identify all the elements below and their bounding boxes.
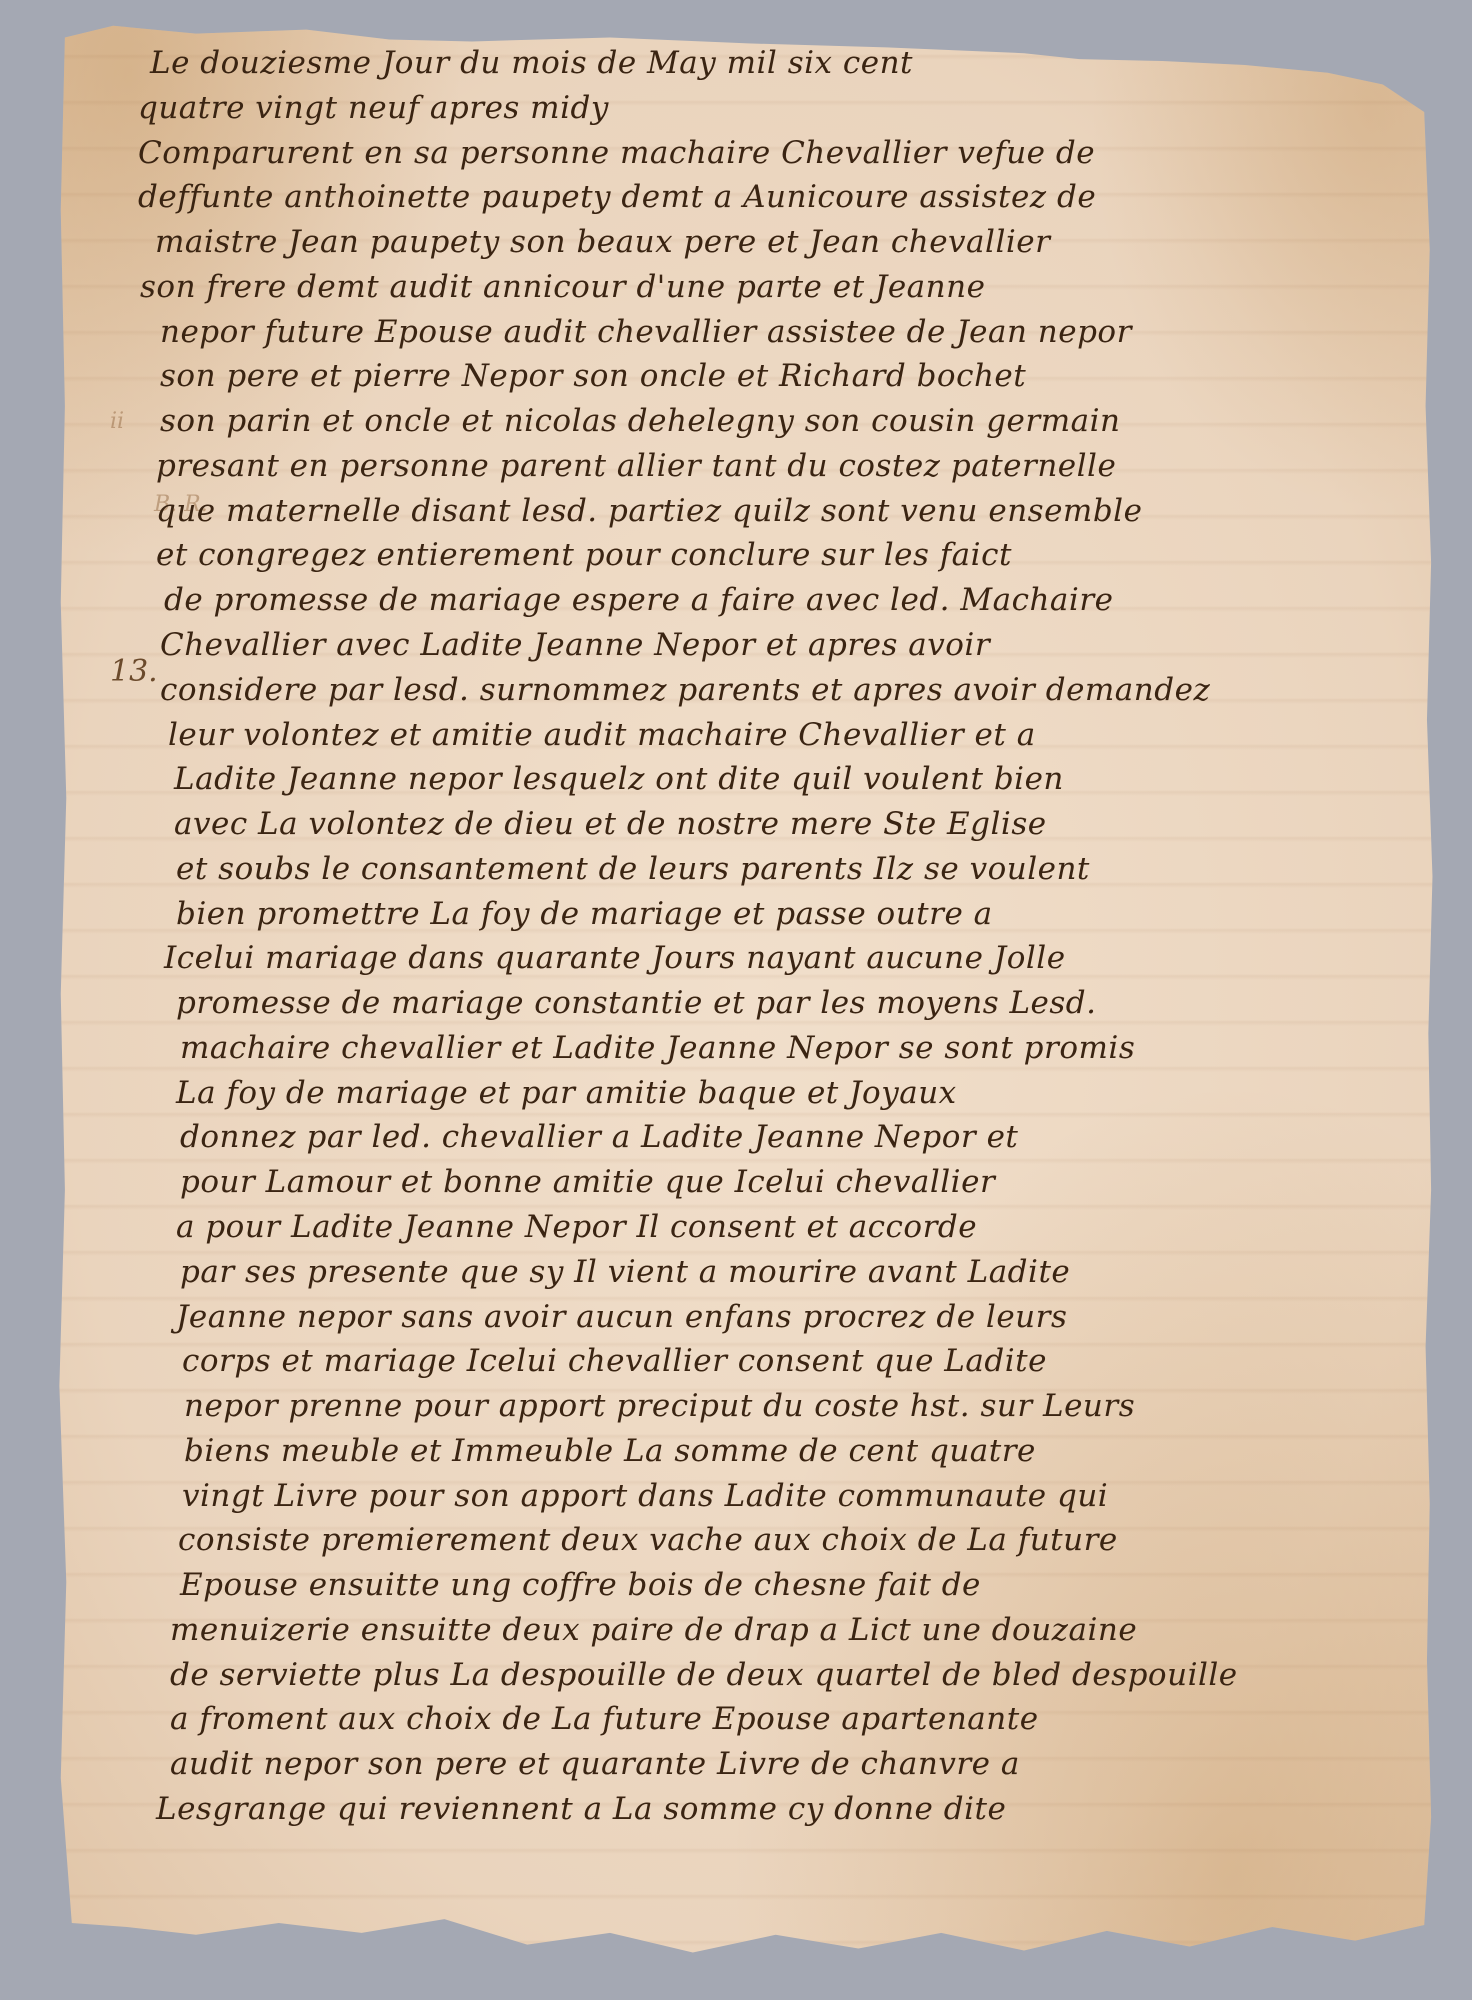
manuscript-line: Lesgrange qui reviennent a La somme cy d… [156, 1794, 1006, 1825]
manuscript-line: nepor prenne pour apport preciput du cos… [184, 1391, 1135, 1422]
manuscript-line: considere par lesd. surnommez parents et… [160, 675, 1210, 706]
margin-folio-number: 13. [110, 654, 158, 689]
manuscript-line: maistre Jean paupety son beaux pere et J… [155, 227, 1050, 258]
manuscript-line: biens meuble et Immeuble La somme de cen… [184, 1436, 1036, 1467]
manuscript-line: corps et mariage Icelui chevallier conse… [182, 1346, 1047, 1377]
manuscript-line: Chevallier avec Ladite Jeanne Nepor et a… [160, 630, 990, 661]
manuscript-line: leur volontez et amitie audit machaire C… [168, 720, 1036, 751]
manuscript-line: vingt Livre pour son apport dans Ladite … [182, 1481, 1108, 1512]
manuscript-page: ii B. R. 13. Le douziesme Jour du mois d… [58, 14, 1438, 1974]
manuscript-line: avec La volontez de dieu et de nostre me… [174, 809, 1047, 840]
manuscript-line: quatre vingt neuf apres midy [138, 93, 609, 124]
manuscript-line: nepor future Epouse audit chevallier ass… [160, 317, 1132, 348]
manuscript-line: menuizerie ensuitte deux paire de drap a… [170, 1615, 1137, 1646]
manuscript-line: que maternelle disant lesd. partiez quil… [156, 496, 1142, 527]
faint-margin-mark: ii [110, 409, 124, 434]
manuscript-line: Ladite Jeanne nepor lesquelz ont dite qu… [174, 764, 1064, 795]
manuscript-line: de promesse de mariage espere a faire av… [164, 585, 1113, 616]
manuscript-line: a pour Ladite Jeanne Nepor Il consent et… [176, 1212, 977, 1243]
manuscript-line: son frere demt audit annicour d'une part… [140, 272, 985, 303]
manuscript-line: Epouse ensuitte ung coffre bois de chesn… [180, 1570, 981, 1601]
manuscript-line: Icelui mariage dans quarante Jours nayan… [164, 943, 1066, 974]
manuscript-line: de serviette plus La despouille de deux … [170, 1660, 1238, 1691]
manuscript-line: audit nepor son pere et quarante Livre d… [170, 1749, 1020, 1780]
manuscript-line: promesse de mariage constantie et par le… [176, 988, 1097, 1019]
manuscript-line: et soubs le consantement de leurs parent… [176, 854, 1090, 885]
manuscript-line: Comparurent en sa personne machaire Chev… [138, 138, 1095, 169]
manuscript-line: consiste premierement deux vache aux cho… [178, 1525, 1118, 1556]
manuscript-line: bien promettre La foy de mariage et pass… [176, 899, 993, 930]
manuscript-line: Le douziesme Jour du mois de May mil six… [150, 48, 913, 79]
manuscript-line: donnez par led. chevallier a Ladite Jean… [180, 1122, 1018, 1153]
manuscript-line: et congregez entierement pour conclure s… [156, 540, 1012, 571]
manuscript-line: son pere et pierre Nepor son oncle et Ri… [160, 361, 1026, 392]
manuscript-line: La foy de mariage et par amitie baque et… [176, 1078, 957, 1109]
manuscript-line: a froment aux choix de La future Epouse … [170, 1704, 1039, 1735]
manuscript-line: presant en personne parent allier tant d… [156, 451, 1116, 482]
manuscript-line: par ses presente que sy Il vient a mouri… [180, 1257, 1070, 1288]
manuscript-line: Jeanne nepor sans avoir aucun enfans pro… [176, 1302, 1067, 1333]
manuscript-line: pour Lamour et bonne amitie que Icelui c… [180, 1167, 995, 1198]
manuscript-line: deffunte anthoinette paupety demt a Auni… [138, 182, 1096, 213]
manuscript-line: machaire chevallier et Ladite Jeanne Nep… [180, 1033, 1135, 1064]
manuscript-line: son parin et oncle et nicolas dehelegny … [160, 406, 1120, 437]
